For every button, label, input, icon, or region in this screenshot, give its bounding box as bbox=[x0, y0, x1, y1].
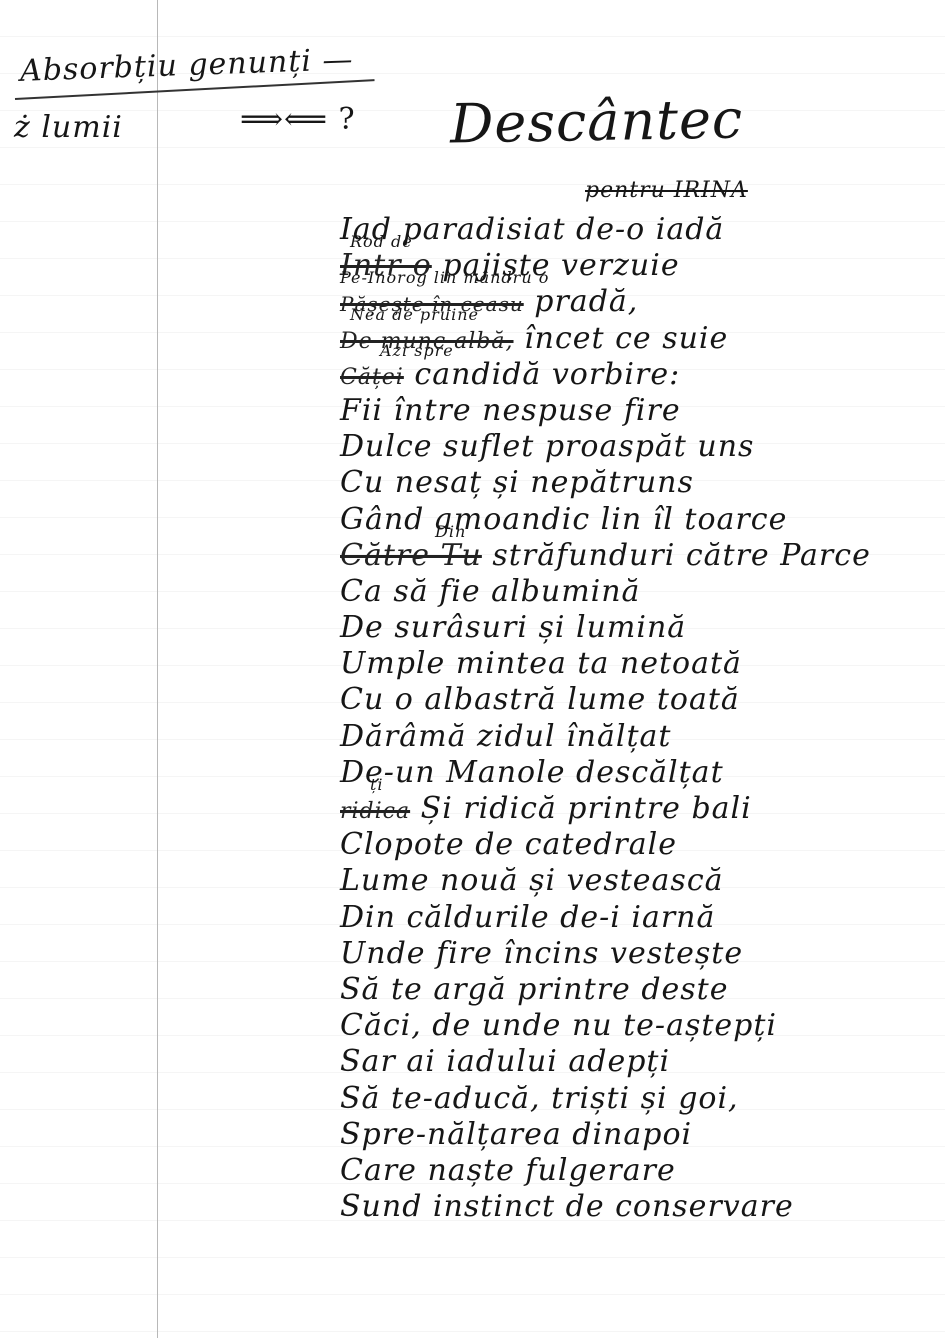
verse-insertion: Azi spre bbox=[380, 343, 454, 359]
verse-text: Să te argă printre deste bbox=[340, 972, 728, 1007]
verse-line: Să te argă printre deste bbox=[340, 972, 940, 1008]
verse-line: Să te-aducă, triști și goi, bbox=[340, 1081, 940, 1117]
verse-line: Sar ai iadului adepți bbox=[340, 1044, 940, 1080]
verse-line: Din căldurile de-i iarnă bbox=[340, 900, 940, 936]
verse-insertion: ți bbox=[370, 777, 384, 793]
verse-text: Cu nesaț și nepătruns bbox=[340, 465, 694, 500]
verse-line: Ca să fie albumină bbox=[340, 574, 940, 610]
poem-title: Descântec bbox=[449, 87, 743, 155]
verse-insertion: Pe-Inorog lin mândru o bbox=[340, 270, 549, 286]
verse-line: Gând amoandic lin îl toarce bbox=[340, 502, 940, 538]
verse-line: Dărâmă zidul înălțat bbox=[340, 719, 940, 755]
verse-text: Umple mintea ta netoată bbox=[340, 646, 742, 681]
verse-line: Din Către Tu străfunduri către Parce bbox=[340, 538, 940, 574]
verse-text: străfunduri către Parce bbox=[492, 538, 870, 573]
verse-line: Lume nouă și vestească bbox=[340, 863, 940, 899]
verse-text: Gând amoandic lin îl toarce bbox=[340, 502, 787, 537]
verse-text: De surâsuri și lumină bbox=[340, 610, 686, 645]
verse-text: Cu o albastră lume toată bbox=[340, 682, 740, 717]
manuscript-page: Absorbțiu genunți — ż lumii ⟹⟸ ? Descânt… bbox=[0, 0, 945, 1338]
verse-text: Dărâmă zidul înălțat bbox=[340, 719, 671, 754]
verse-insertion: Rod de bbox=[350, 234, 413, 250]
verse-text: Căci, de unde nu te-aștepți bbox=[340, 1008, 777, 1043]
verse-text: Fii între nespuse fire bbox=[340, 393, 681, 428]
verse-text: candidă vorbire: bbox=[414, 357, 680, 392]
verse-line: Spre-nălțarea dinapoi bbox=[340, 1117, 940, 1153]
verse-insertion: Nea de pruine bbox=[350, 307, 479, 323]
verse-text: Spre-nălțarea dinapoi bbox=[340, 1117, 692, 1152]
verse-text: Lume nouă și vestească bbox=[340, 863, 724, 898]
verse-text: Sar ai iadului adepți bbox=[340, 1044, 670, 1079]
verse-text: Sund instinct de conservare bbox=[340, 1189, 794, 1224]
margin-note-line-2: ż lumii bbox=[14, 110, 123, 145]
verse-text: Unde fire încins vestește bbox=[340, 936, 743, 971]
verse-text: Dulce suflet proaspăt uns bbox=[340, 429, 754, 464]
verse-line: Cu nesaț și nepătruns bbox=[340, 465, 940, 501]
verse-line: Cu o albastră lume toată bbox=[340, 682, 940, 718]
verse-insertion: Din bbox=[435, 524, 466, 540]
poem-body: Iad paradisiat de-o iadă Rod de Intr-o p… bbox=[340, 212, 940, 1225]
double-arrow-icon: ⟹⟸ ? bbox=[240, 102, 356, 137]
verse-line: De surâsuri și lumină bbox=[340, 610, 940, 646]
verse-line: Sund instinct de conservare bbox=[340, 1189, 940, 1225]
verse-line: Azi spre Căței candidă vorbire: bbox=[340, 357, 940, 393]
struck-text: ridica bbox=[340, 799, 410, 824]
verse-line: Iad paradisiat de-o iadă bbox=[340, 212, 940, 248]
verse-line: Care naște fulgerare bbox=[340, 1153, 940, 1189]
verse-text: încet ce suie bbox=[524, 321, 728, 356]
verse-line: Dulce suflet proaspăt uns bbox=[340, 429, 940, 465]
verse-text: Și ridică printre bali bbox=[421, 791, 752, 826]
verse-text: Clopote de catedrale bbox=[340, 827, 677, 862]
verse-line: Căci, de unde nu te-aștepți bbox=[340, 1008, 940, 1044]
verse-text: De-un Manole descălțat bbox=[340, 755, 724, 790]
margin-note: Absorbțiu genunți — ż lumii ⟹⟸ ? bbox=[10, 40, 370, 170]
verse-text: Din căldurile de-i iarnă bbox=[340, 900, 715, 935]
verse-line: ți ridica Și ridică printre bali bbox=[340, 791, 940, 827]
verse-text: Ca să fie albumină bbox=[340, 574, 640, 609]
verse-line: Unde fire încins vestește bbox=[340, 936, 940, 972]
struck-text: Căței bbox=[340, 365, 404, 390]
verse-text: Care naște fulgerare bbox=[340, 1153, 676, 1188]
verse-line: Umple mintea ta netoată bbox=[340, 646, 940, 682]
margin-line bbox=[157, 0, 158, 1338]
struck-dedication: pentru IRINA bbox=[585, 178, 748, 203]
verse-line: Clopote de catedrale bbox=[340, 827, 940, 863]
struck-text: Către Tu bbox=[340, 538, 482, 573]
verse-line: De-un Manole descălțat bbox=[340, 755, 940, 791]
verse-text: Să te-aducă, triști și goi, bbox=[340, 1081, 739, 1116]
verse-text: pradă, bbox=[534, 284, 638, 319]
verse-line: Fii între nespuse fire bbox=[340, 393, 940, 429]
